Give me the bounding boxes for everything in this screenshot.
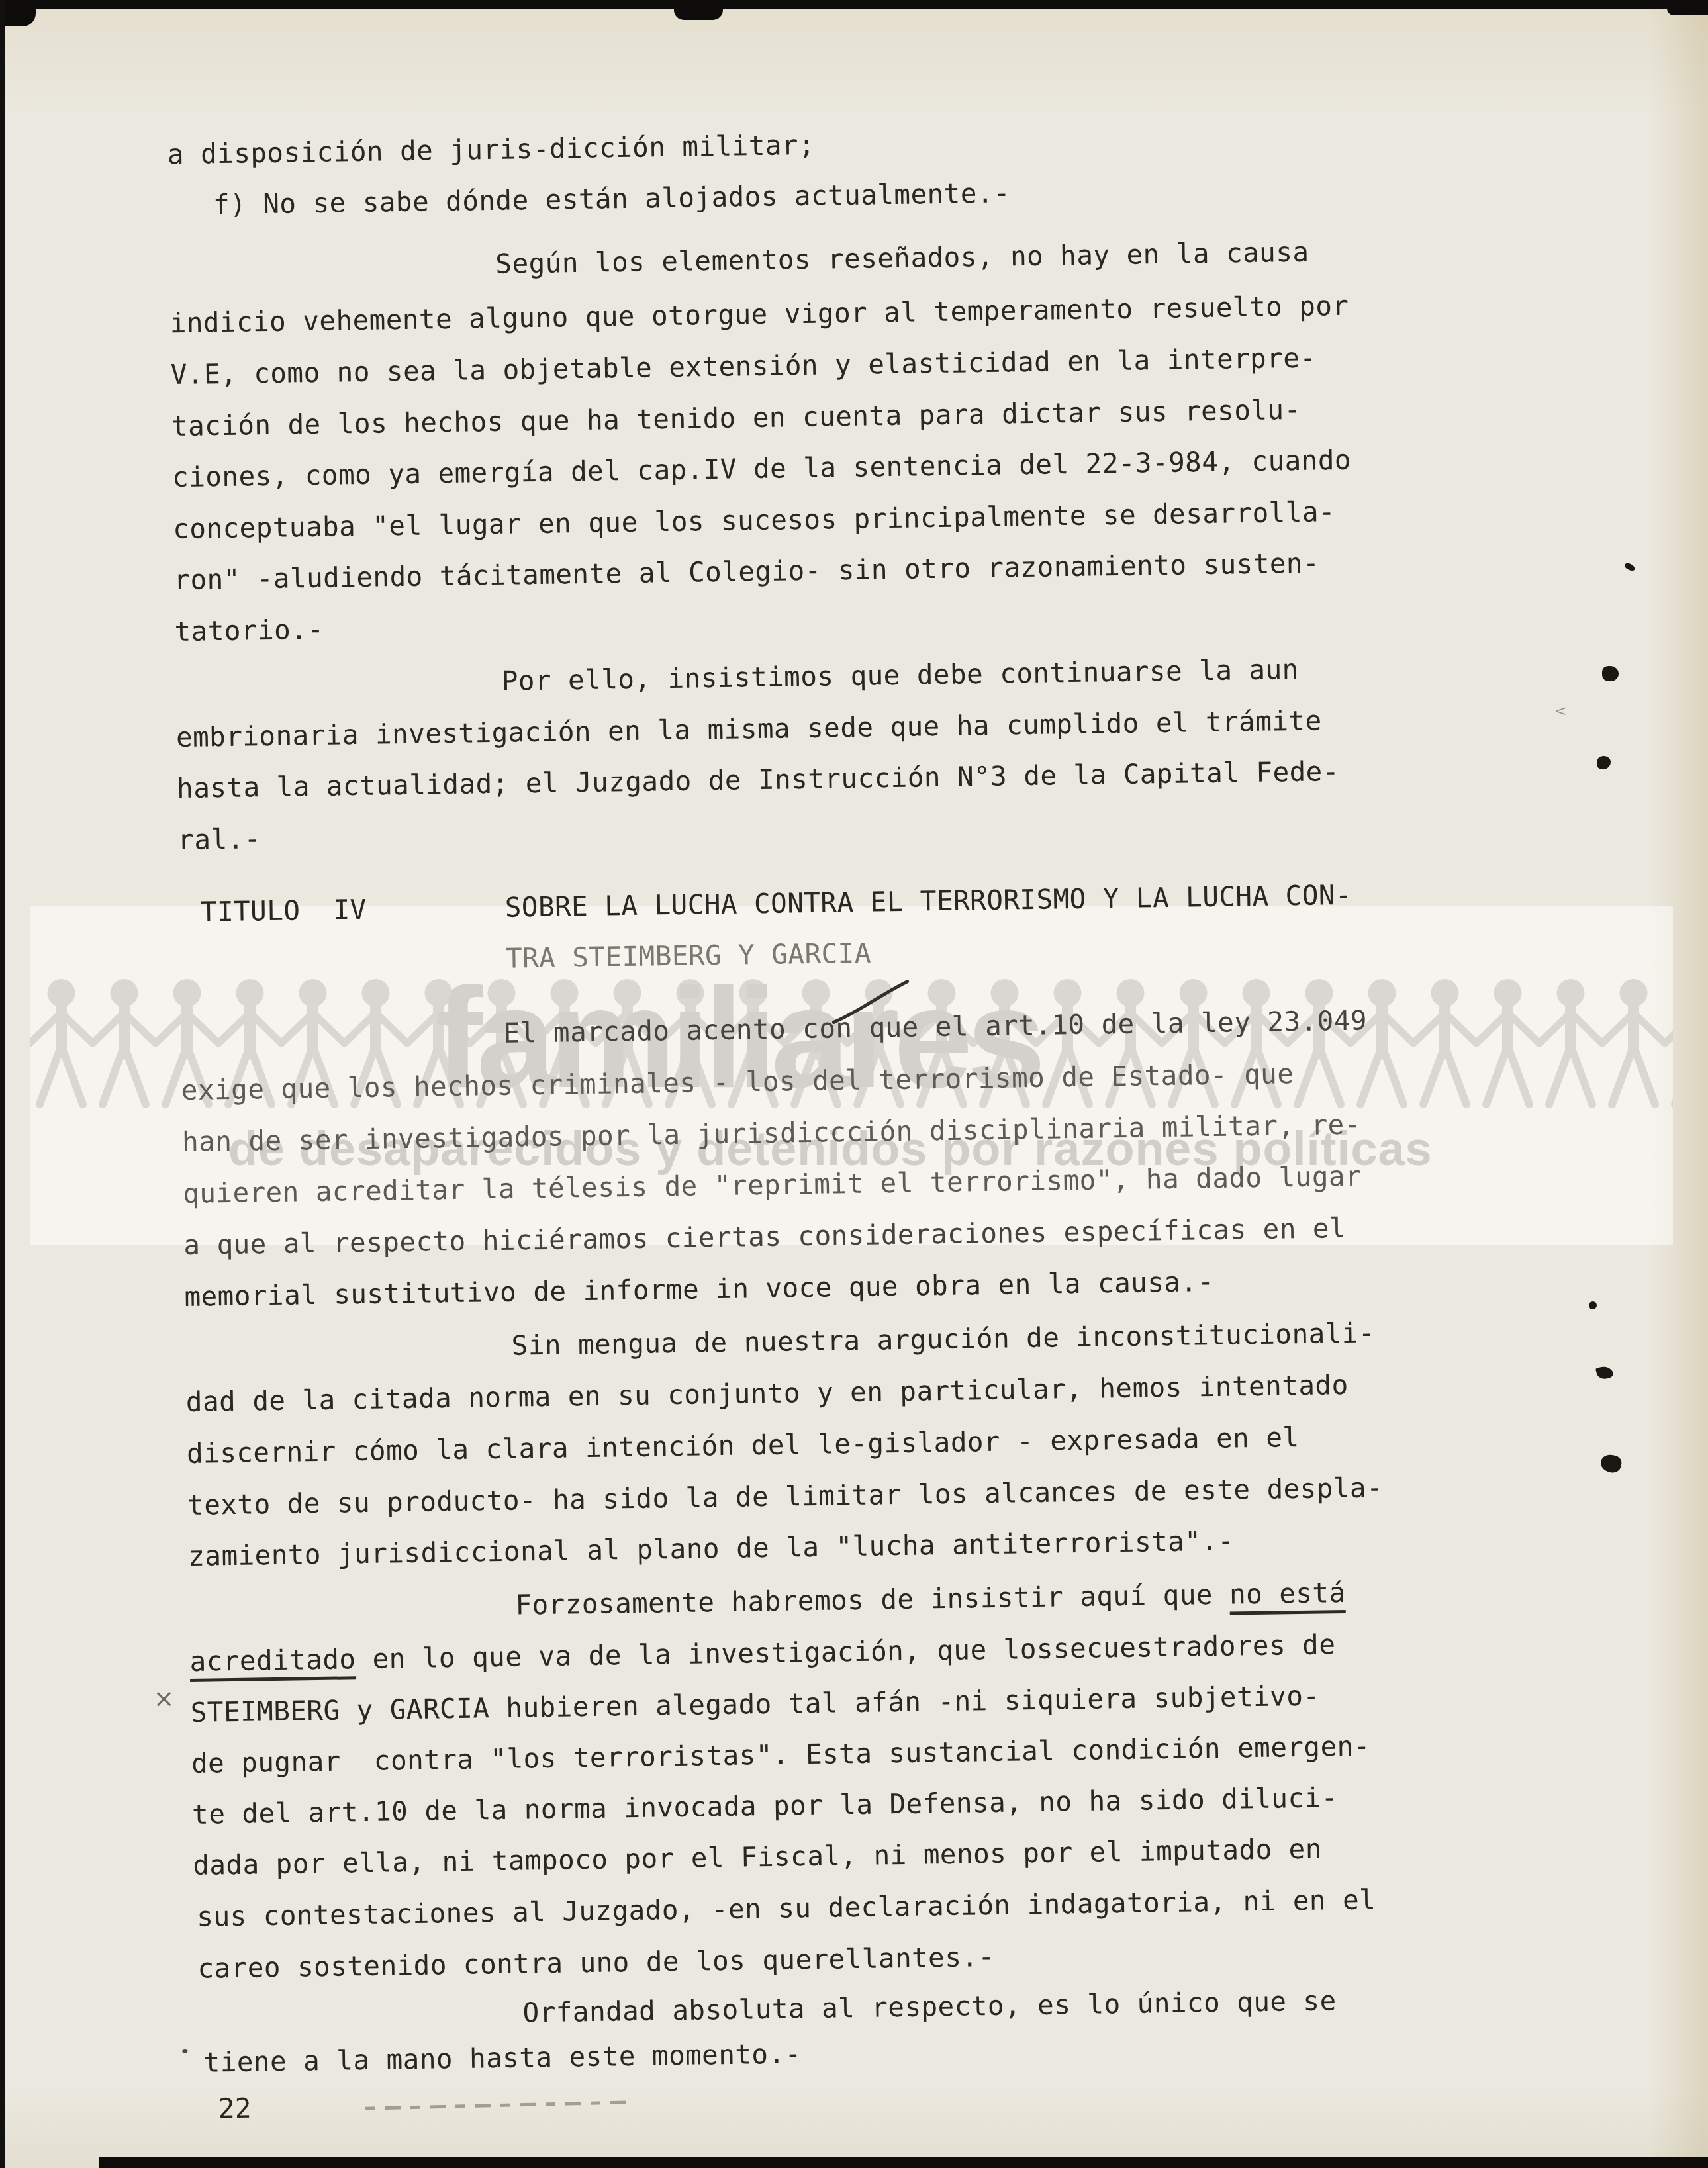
scanner-edge-top xyxy=(0,0,1708,9)
text-line: zamiento jurisdiccional al plano de la "… xyxy=(188,1526,1235,1572)
ink-speck xyxy=(1589,1301,1597,1309)
text-line: acreditado en lo que va de la investigac… xyxy=(189,1630,1335,1677)
text-line: embrionaria investigación en la misma se… xyxy=(176,706,1322,753)
scanner-edge-blob xyxy=(1667,0,1708,15)
text-line: STEIMBERG y GARCIA hubieren alegado tal … xyxy=(190,1681,1319,1728)
text-line: quieren acreditar la télesis de "reprimi… xyxy=(183,1162,1362,1209)
underlined-text: acreditado xyxy=(189,1643,356,1682)
scanner-edge-bottom xyxy=(99,2157,1708,2168)
text-line: Forzosamente habremos de insistir aquí q… xyxy=(515,1578,1346,1621)
text-line: careo sostenido contra uno de los querel… xyxy=(197,1942,995,1985)
text-line: Sin mengua de nuestra argución de incons… xyxy=(511,1318,1375,1361)
typewritten-text-layer: × a disposición de juris-dicción militar… xyxy=(0,0,1708,2168)
text-line: f) No se sabe dónde están alojados actua… xyxy=(213,178,1011,220)
ink-dot-mark xyxy=(182,2049,187,2053)
text-line: Por ello, insistimos que debe continuars… xyxy=(501,655,1299,697)
scanner-edge-blob xyxy=(0,0,36,26)
text-line: discernir cómo la clara intención del le… xyxy=(187,1423,1300,1470)
text-line: Orfandad absoluta al respecto, es lo úni… xyxy=(522,1986,1337,2028)
pencil-x-mark: × xyxy=(153,1683,174,1713)
text-line: El marcado acento con que el art.10 de l… xyxy=(503,1006,1367,1049)
text-line: conceptuaba "el lugar en que los sucesos… xyxy=(173,497,1335,545)
pencil-dash-marks xyxy=(365,2100,627,2110)
underlined-text: no está xyxy=(1229,1577,1346,1615)
ink-speck xyxy=(1602,666,1619,681)
scanner-edge-blob xyxy=(674,0,723,20)
text-line: exige que los hechos criminales - los de… xyxy=(181,1059,1294,1106)
text-line: han de ser investigados por la jurisdicc… xyxy=(182,1110,1361,1158)
text-line: dada por ella, ni tampoco por el Fiscal,… xyxy=(193,1834,1322,1881)
text-line: Según los elementos reseñados, no hay en… xyxy=(495,238,1309,280)
text-line: tiene a la mano hasta este momento.- xyxy=(203,2039,802,2078)
text-line: ron" -aludiendo tácitamente al Colegio- … xyxy=(173,548,1319,596)
text-line: te del art.10 de la norma invocada por l… xyxy=(192,1783,1338,1830)
text-line: ral.- xyxy=(177,824,261,856)
text-line: ciones, como ya emergía del cap.IV de la… xyxy=(172,446,1351,493)
text-line: TITULO IV xyxy=(201,895,367,928)
scanned-document-page: familiares de desaparecidos y detenidos … xyxy=(0,0,1708,2168)
text-line: tatorio.- xyxy=(174,615,324,647)
page-number: 22 xyxy=(218,2094,252,2125)
text-line: a disposición de juris-dicción militar; xyxy=(167,130,816,170)
text-line: TRA STEIMBERG Y GARCIA xyxy=(506,939,871,974)
text-line: tación de los hechos que ha tenido en cu… xyxy=(171,395,1301,442)
text-line: dad de la citada norma en su conjunto y … xyxy=(186,1370,1349,1418)
text-line: memorial sustitutivo de informe in voce … xyxy=(184,1267,1214,1313)
text-line: texto de su producto- ha sido la de limi… xyxy=(187,1473,1384,1521)
text-line: hasta la actualidad; el Juzgado de Instr… xyxy=(177,757,1339,804)
text-line: SOBRE LA LUCHA CONTRA EL TERRORISMO Y LA… xyxy=(504,880,1352,923)
text-line: a que al respecto hiciéramos ciertas con… xyxy=(183,1213,1346,1261)
text-line: V.E, como no sea la objetable extensión … xyxy=(171,343,1317,391)
scanner-edge-left xyxy=(0,0,5,2168)
text-line: sus contestaciones al Juzgado, -en su de… xyxy=(197,1885,1376,1932)
text-line: de pugnar contra "los terroristas". Esta… xyxy=(191,1731,1370,1779)
text-line: indicio vehemente alguno que otorgue vig… xyxy=(169,291,1349,339)
